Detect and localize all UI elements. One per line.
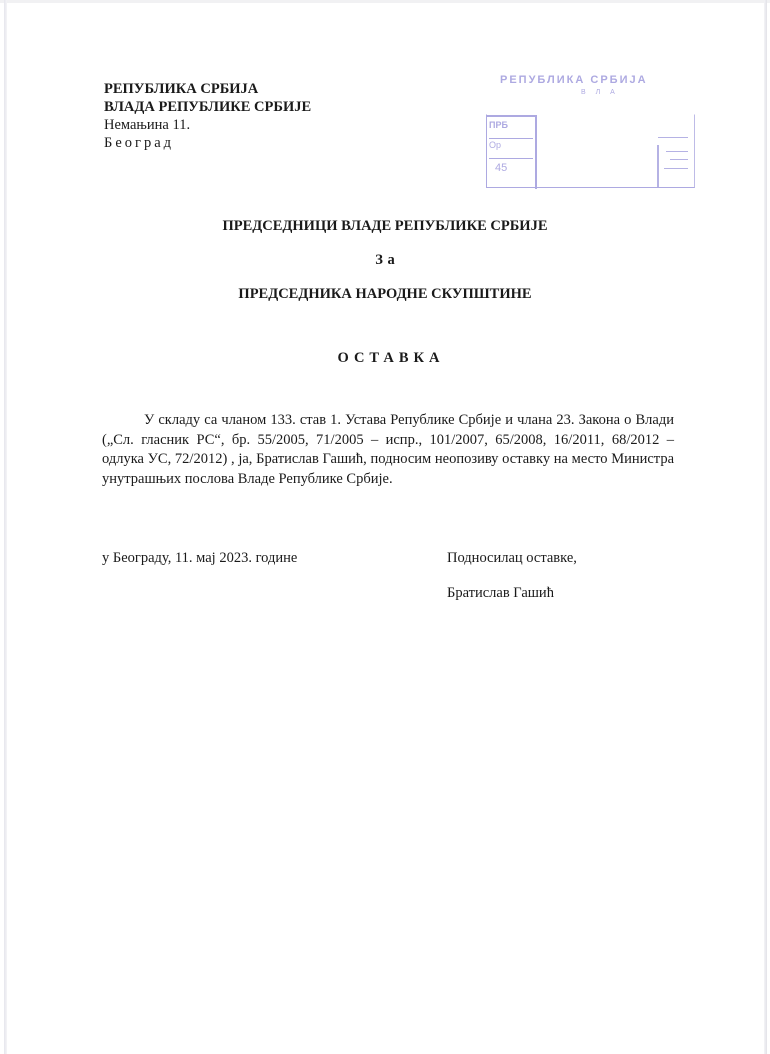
sender-address: Немањина 11.	[104, 116, 311, 134]
body-paragraph: У складу са чланом 133. став 1. Устава Р…	[102, 411, 674, 489]
signature-block: Подносилац оставке, Братислав Гашић	[447, 549, 577, 602]
sender-line-republic: РЕПУБЛИКА СРБИЈА	[104, 80, 311, 98]
stamp-subtitle: В Л А	[581, 89, 619, 96]
stamp-line	[658, 137, 688, 138]
sender-block: РЕПУБЛИКА СРБИЈА ВЛАДА РЕПУБЛИКЕ СРБИЈЕ …	[104, 80, 311, 152]
sender-line-government: ВЛАДА РЕПУБЛИКЕ СРБИЈЕ	[104, 98, 311, 116]
signatory-name: Братислав Гашић	[447, 584, 577, 602]
stamp-line	[670, 159, 688, 160]
stamp-divider	[657, 145, 659, 187]
stamp-line	[664, 168, 688, 169]
stamp-left-column: ПРБ Ор 45	[487, 115, 537, 189]
sender-city: Београд	[104, 134, 311, 152]
addressee-for: З а	[0, 251, 770, 269]
stamp-line	[666, 151, 688, 152]
addressee-cc-line: ПРЕДСЕДНИКА НАРОДНЕ СКУПШТИНЕ	[0, 285, 770, 303]
registry-stamp: РЕПУБЛИКА СРБИЈА В Л А ПРБ Ор 45	[486, 72, 701, 194]
place-and-date: у Београду, 11. мај 2023. године	[102, 549, 297, 567]
document-title: ОСТАВКА	[0, 349, 770, 367]
addressee-line: ПРЕДСЕДНИЦИ ВЛАДЕ РЕПУБЛИКЕ СРБИЈЕ	[0, 217, 770, 235]
stamp-cell-received: ПРБ	[489, 120, 533, 139]
stamp-box: ПРБ Ор 45	[486, 114, 695, 188]
signature-label: Подносилац оставке,	[447, 550, 577, 566]
page-right-edge	[764, 0, 767, 1054]
stamp-cell-org: Ор	[489, 140, 533, 159]
stamp-title: РЕПУБЛИКА СРБИЈА	[500, 74, 648, 86]
stamp-cell-number: 45	[489, 162, 539, 184]
